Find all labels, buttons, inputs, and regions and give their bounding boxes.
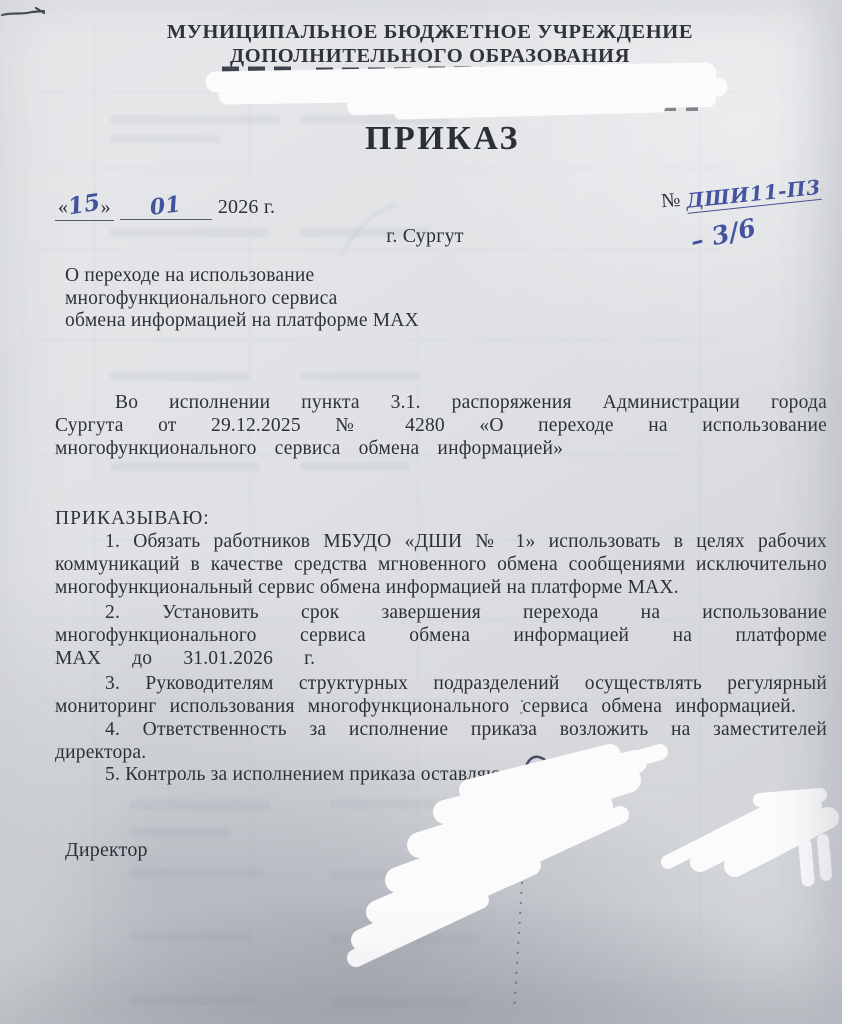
header-redaction-scribble: [216, 73, 718, 114]
signature-scribble: [356, 752, 660, 958]
name-scribble: [668, 795, 828, 880]
corner-mark: [2, 8, 44, 15]
annotations-overlay: [0, 0, 842, 1024]
photographed-order-document: { "doc": { "org_line1": "МУНИЦИПАЛЬНОЕ Б…: [0, 0, 842, 1024]
